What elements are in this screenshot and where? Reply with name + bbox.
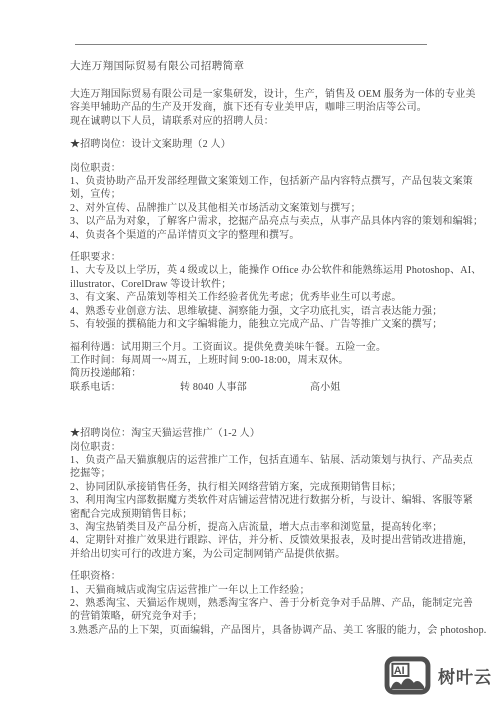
job1-hours: 工作时间：每周周一~周五，上班时间 9:00-18:00，周末双休。 — [70, 354, 434, 367]
job1-contact-row: 联系电话： 转 8040 人事部 高小姐 — [70, 381, 434, 394]
contact-person: 高小姐 — [310, 381, 341, 394]
duty-line: 4、负责各个渠道的产品详情页文字的整理和撰写。 — [70, 229, 434, 242]
requirement-line: 4、熟悉专业创意方法、思维敏捷、洞察能力强，文字功底扎实，语言表达能力强； — [70, 305, 434, 318]
duty-line: 4、定期针对推广效果进行跟踪、评估，并分析、反馈效果报表，及时提出营销改进措施， — [70, 534, 434, 547]
requirement-line: illustrator、CorelDraw 等设计软件； — [70, 278, 434, 291]
duty-line: 划，宣传； — [70, 188, 434, 201]
job1-duties-label: 岗位职责： — [70, 162, 434, 175]
job1-heading: ★招聘岗位：设计文案助理（2 人） — [70, 138, 434, 151]
job1-requirements-label: 任职要求： — [70, 251, 434, 264]
document-page: 大连万翔国际贸易有限公司招聘简章 大连万翔国际贸易有限公司是一家集研发，设计，生… — [0, 0, 500, 707]
requirement-line: 5、有较强的撰稿能力和文字编辑能力，能独立完成产品、广告等推广文案的撰写； — [70, 318, 434, 331]
document-title: 大连万翔国际贸易有限公司招聘简章 — [70, 60, 434, 74]
job2-quals-label: 任职资格： — [70, 570, 434, 583]
ai-image-icon: AI — [384, 656, 431, 695]
contact-phone-label: 联系电话： — [70, 381, 180, 394]
job2-duties-label: 岗位职责： — [70, 441, 434, 454]
document-content: 大连万翔国际贸易有限公司招聘简章 大连万翔国际贸易有限公司是一家集研发，设计，生… — [70, 60, 434, 637]
contact-extension: 转 8040 人事部 — [180, 381, 310, 394]
duty-line: 3、淘宝热销类目及产品分析，提高入店流量，增大点击率和浏览量，提高转化率； — [70, 521, 434, 534]
intro-line: 大连万翔国际贸易有限公司是一家集研发，设计，生产，销售及 OEM 服务为一体的专… — [70, 88, 434, 101]
duty-line: 密配合完成预期销售目标； — [70, 508, 434, 521]
ai-icon-text: AI — [394, 665, 405, 677]
qual-line: 的营销策略，研究竞争对手； — [70, 610, 434, 623]
requirement-line: 1、大专及以上学历，英 4 级或以上，能操作 Office 办公软件和能熟练运用… — [70, 264, 434, 277]
job1-requirements: 1、大专及以上学历，英 4 级或以上，能操作 Office 办公软件和能熟练运用… — [70, 264, 434, 331]
requirement-line: 3、有文案、产品策划等相关工作经验者优先考虑；优秀毕业生可以考虑。 — [70, 291, 434, 304]
qual-line: 1、天猫商城店或淘宝店运营推广一年以上工作经验； — [70, 584, 434, 597]
intro-paragraph: 大连万翔国际贸易有限公司是一家集研发，设计，生产，销售及 OEM 服务为一体的专… — [70, 88, 434, 128]
intro-line: 容美甲辅助产品的生产及开发商，旗下还有专业美甲店，咖啡三明治店等公司。 — [70, 101, 434, 114]
watermark: AI 树叶云 — [384, 656, 492, 695]
duty-line: 1、负责产品天猫旗舰店的运营推广工作，包括直通车、钻展、活动策划与执行、产品卖点 — [70, 454, 434, 467]
duty-line: 2、协同团队承接销售任务，执行相关网络营销方案，完成预期销售目标； — [70, 481, 434, 494]
header-rule — [75, 44, 427, 45]
job2-quals: 1、天猫商城店或淘宝店运营推广一年以上工作经验； 2、熟悉淘宝、天猫运作规则，熟… — [70, 584, 434, 638]
watermark-brand-text: 树叶云 — [438, 663, 492, 688]
job2-duties: 1、负责产品天猫旗舰店的运营推广工作，包括直通车、钻展、活动策划与执行、产品卖点… — [70, 454, 434, 561]
qual-line: 2、熟悉淘宝、天猫运作规则，熟悉淘宝客户、善于分析竞争对手品牌、产品，能制定完善 — [70, 597, 434, 610]
duty-line: 3、以产品为对象，了解客户需求，挖掘产品亮点与卖点，从事产品具体内容的策划和编辑… — [70, 215, 434, 228]
duty-line: 3、利用淘宝内部数据魔方类软件对店铺运营情况进行数据分析，与设计、编辑、客服等紧 — [70, 494, 434, 507]
job1-resume-email-label: 简历投递邮箱： — [70, 367, 434, 380]
qual-line: 3.熟悉产品的上下架，页面编辑，产品图片，具备协调产品、美工 客服的能力，会 p… — [70, 624, 434, 637]
duty-line: 并给出切实可行的改进方案，为公司定制网销产品提供依据。 — [70, 548, 434, 561]
job1-welfare: 福利待遇：试用期三个月。工资面议。提供免费美味午餐。五险一金。 — [70, 341, 434, 354]
duty-line: 挖掘等； — [70, 467, 434, 480]
job1-duties: 1、负责协助产品开发部经理做文案策划工作，包括新产品内容特点撰写，产品包装文案策… — [70, 175, 434, 242]
duty-line: 2、对外宣传、品牌推广以及其他相关市场活动文案策划与撰写； — [70, 202, 434, 215]
job2-heading: ★招聘岗位：淘宝天猫运营推广（1-2 人） — [70, 427, 434, 440]
intro-line: 现在诚聘以下人员，请联系对应的招聘人员： — [70, 115, 434, 128]
duty-line: 1、负责协助产品开发部经理做文案策划工作，包括新产品内容特点撰写，产品包装文案策 — [70, 175, 434, 188]
